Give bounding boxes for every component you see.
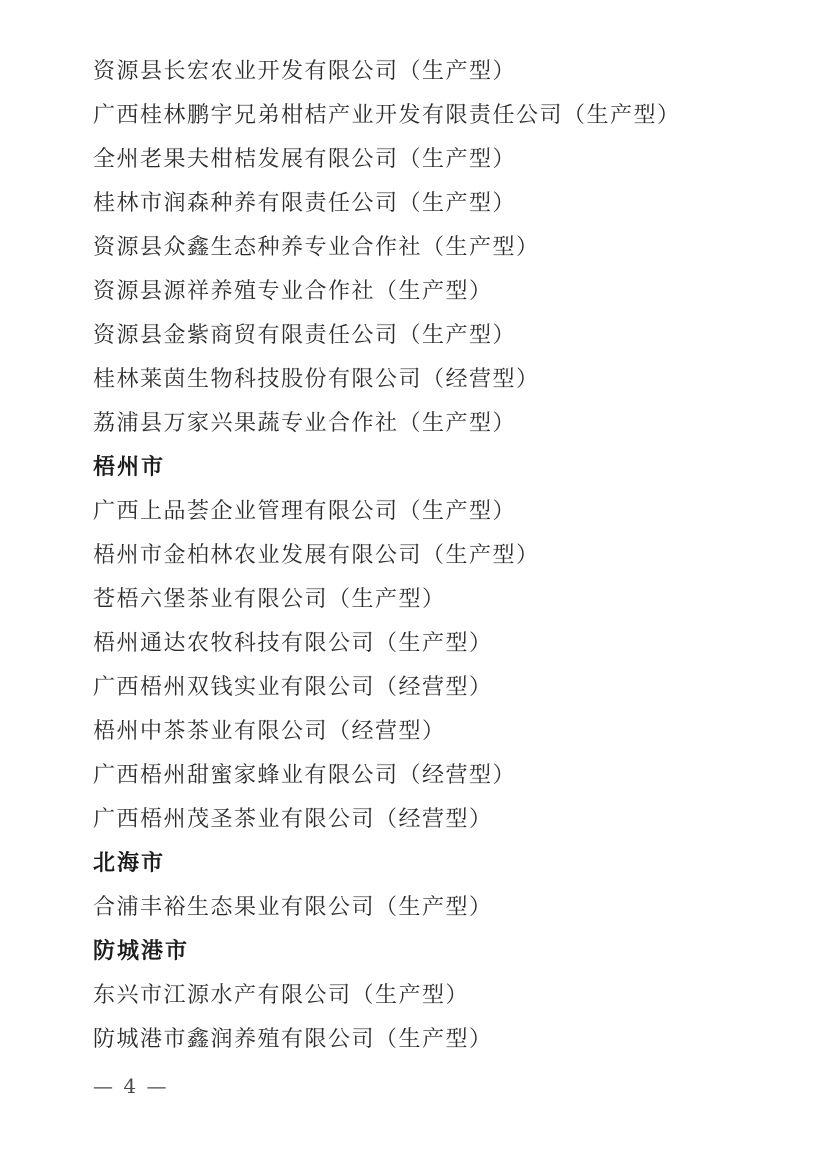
city-section-header-fangchenggang: 防城港市 bbox=[93, 930, 792, 974]
city-section-header-wuzhou: 梧州市 bbox=[93, 446, 792, 490]
company-line: 资源县金紫商贸有限责任公司（生产型） bbox=[93, 314, 792, 358]
company-line: 广西梧州双钱实业有限公司（经营型） bbox=[93, 666, 792, 710]
city-section-header-beihai: 北海市 bbox=[93, 842, 792, 886]
company-line: 广西桂林鹏宇兄弟柑桔产业开发有限责任公司（生产型） bbox=[93, 94, 792, 138]
document-page: 资源县长宏农业开发有限公司（生产型） 广西桂林鹏宇兄弟柑桔产业开发有限责任公司（… bbox=[0, 0, 832, 1175]
page-number: — 4 — bbox=[93, 1074, 792, 1098]
company-line: 东兴市江源水产有限公司（生产型） bbox=[93, 974, 792, 1018]
company-line: 全州老果夫柑桔发展有限公司（生产型） bbox=[93, 138, 792, 182]
company-line: 桂林市润森种养有限责任公司（生产型） bbox=[93, 182, 792, 226]
company-line: 资源县长宏农业开发有限公司（生产型） bbox=[93, 50, 792, 94]
company-line: 梧州通达农牧科技有限公司（生产型） bbox=[93, 622, 792, 666]
company-line: 合浦丰裕生态果业有限公司（生产型） bbox=[93, 886, 792, 930]
company-line: 苍梧六堡茶业有限公司（生产型） bbox=[93, 578, 792, 622]
company-line: 资源县源祥养殖专业合作社（生产型） bbox=[93, 270, 792, 314]
company-line: 广西梧州茂圣茶业有限公司（经营型） bbox=[93, 798, 792, 842]
company-line: 广西上品荟企业管理有限公司（生产型） bbox=[93, 490, 792, 534]
company-line: 梧州市金柏林农业发展有限公司（生产型） bbox=[93, 534, 792, 578]
company-line: 梧州中茶茶业有限公司（经营型） bbox=[93, 710, 792, 754]
company-line: 防城港市鑫润养殖有限公司（生产型） bbox=[93, 1018, 792, 1062]
company-line: 资源县众鑫生态种养专业合作社（生产型） bbox=[93, 226, 792, 270]
company-line: 荔浦县万家兴果蔬专业合作社（生产型） bbox=[93, 402, 792, 446]
company-line: 广西梧州甜蜜家蜂业有限公司（经营型） bbox=[93, 754, 792, 798]
company-line: 桂林莱茵生物科技股份有限公司（经营型） bbox=[93, 358, 792, 402]
